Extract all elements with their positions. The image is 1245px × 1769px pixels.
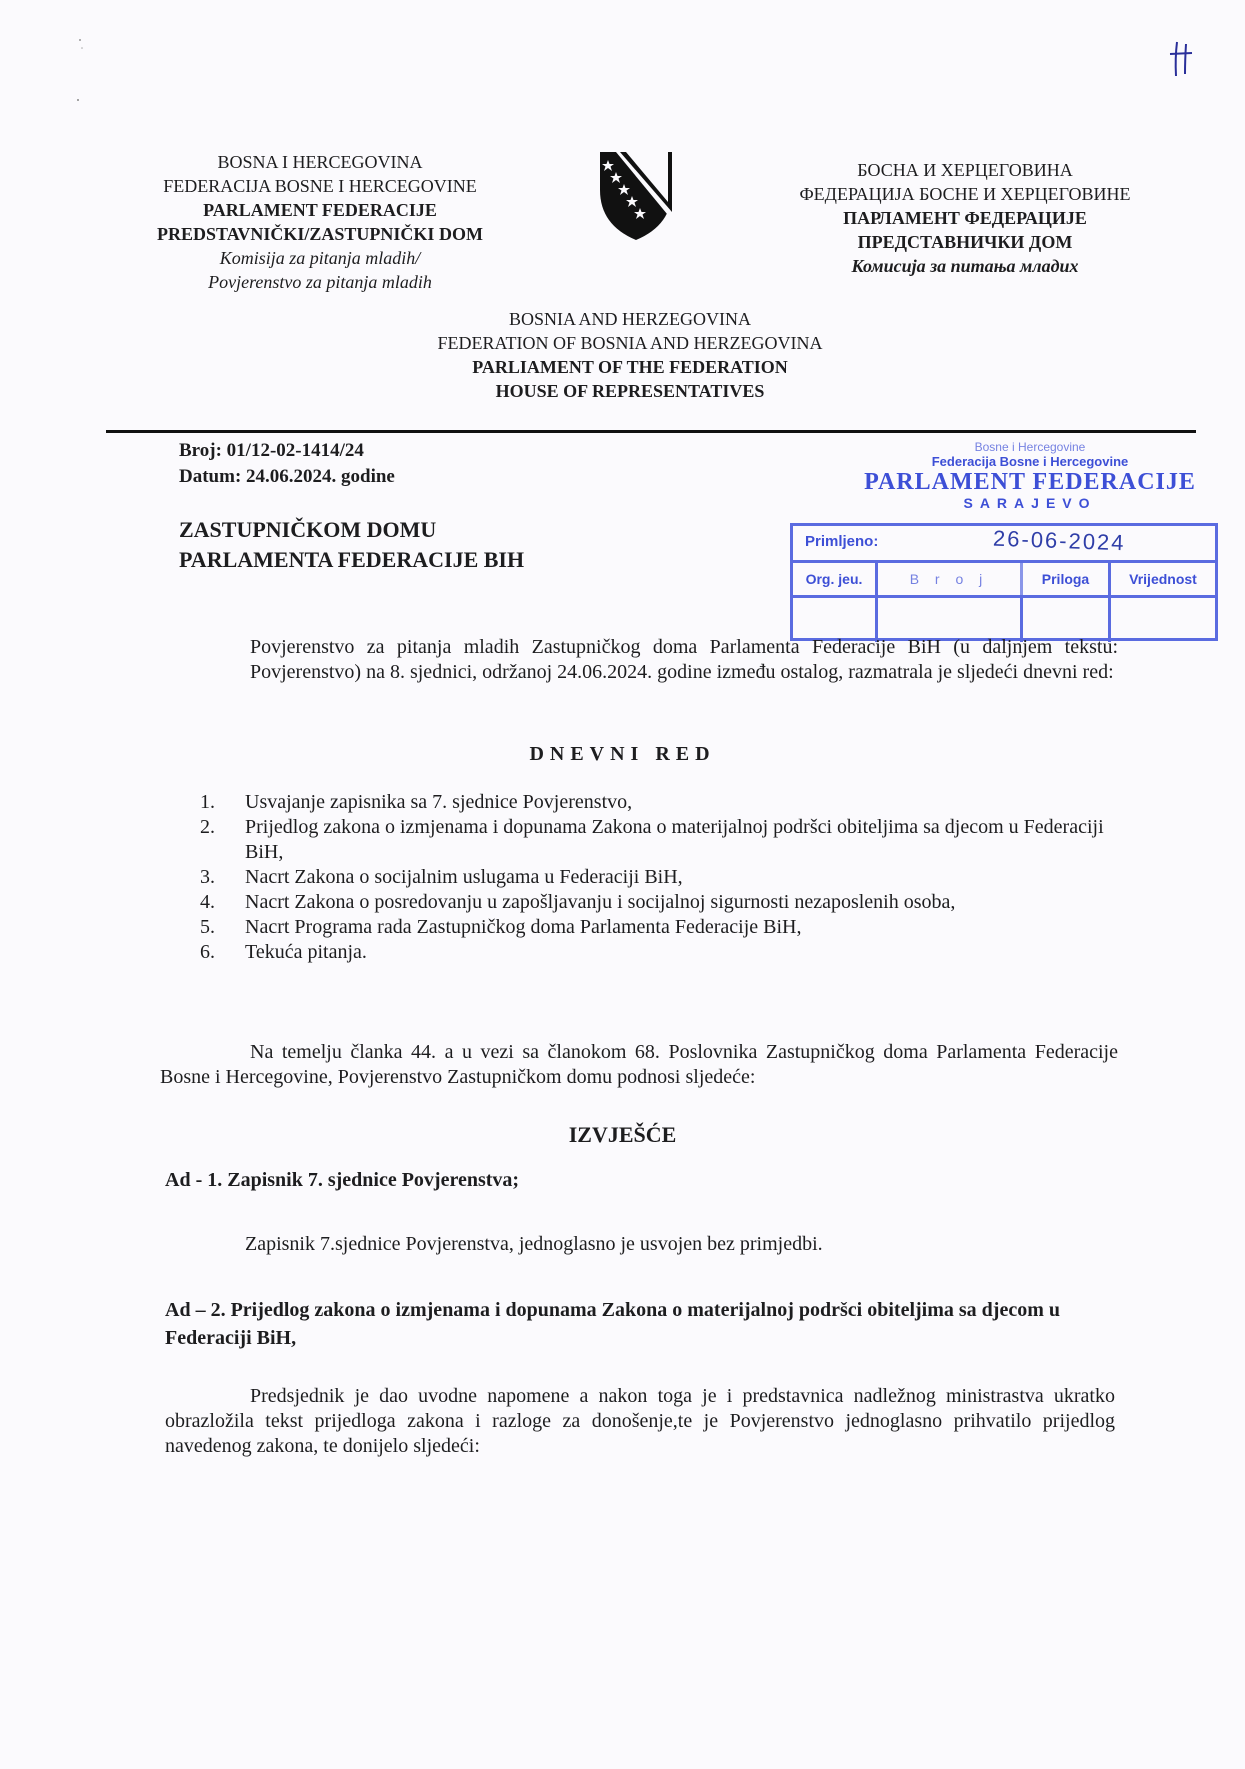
stamp-col-value: Vrijednost: [1111, 563, 1215, 595]
stamp-line-2: Federacija Bosne i Hercegovine: [860, 454, 1200, 469]
stamp-col-attachments: Priloga: [1023, 563, 1111, 595]
coat-of-arms-icon: [596, 150, 676, 242]
header-left-commission: Komisija za pitanja mladih/: [120, 246, 520, 270]
document-date: Datum: 24.06.2024. godine: [179, 464, 395, 490]
agenda-item-number: 5.: [200, 915, 245, 940]
header-divider: [106, 430, 1196, 433]
document-reference: Broj: 01/12-02-1414/24 Datum: 24.06.2024…: [179, 438, 395, 490]
header-left-parliament: PARLAMENT FEDERACIJE: [120, 198, 520, 222]
agenda-item-text: Prijedlog zakona o izmjenama i dopunama …: [245, 815, 1130, 865]
header-bosnian-latin: BOSNA I HERCEGOVINA FEDERACIJA BOSNE I H…: [120, 150, 520, 294]
stamp-cell-value: [1111, 598, 1215, 642]
intro-text: Povjerenstvo za pitanja mladih Zastupnič…: [160, 635, 1118, 685]
agenda-item-text: Tekuća pitanja.: [245, 940, 1130, 965]
report-section-2-body: Predsjednik je dao uvodne napomene a nak…: [165, 1384, 1115, 1459]
agenda-item: 4. Nacrt Zakona o posredovanju u zapošlj…: [200, 890, 1130, 915]
agenda-item: 5. Nacrt Programa rada Zastupničkog doma…: [200, 915, 1130, 940]
agenda-item: 3. Nacrt Zakona o socijalnim uslugama u …: [200, 865, 1130, 890]
legal-basis-text: Na temelju članka 44. a u vezi sa članok…: [160, 1040, 1118, 1090]
header-right-country: БОСНА И ХЕРЦЕГОВИНА: [765, 158, 1165, 182]
stamp-line-1: Bosne i Hercegovine: [860, 440, 1200, 454]
document-number: Broj: 01/12-02-1414/24: [179, 438, 395, 464]
agenda-item-number: 3.: [200, 865, 245, 890]
report-section-1-body: Zapisnik 7.sjednice Povjerenstva, jednog…: [245, 1232, 1145, 1257]
stamp-city: SARAJEVO: [860, 495, 1200, 511]
agenda-list: 1. Usvajanje zapisnika sa 7. sjednice Po…: [200, 790, 1130, 965]
agenda-item-text: Nacrt Programa rada Zastupničkog doma Pa…: [245, 915, 1130, 940]
header-serbian-cyrillic: БОСНА И ХЕРЦЕГОВИНА ФЕДЕРАЦИЈА БОСНЕ И Х…: [765, 158, 1165, 278]
scan-speck-marks: [70, 30, 90, 110]
header-en-country: BOSNIA AND HERZEGOVINA: [360, 307, 900, 331]
header-left-federation: FEDERACIJA BOSNE I HERCEGOVINE: [120, 174, 520, 198]
report-section-1-heading: Ad - 1. Zapisnik 7. sjednice Povjerenstv…: [165, 1166, 1115, 1194]
stamp-line-3: PARLAMENT FEDERACIJE: [860, 469, 1200, 495]
recipient-line-1: ZASTUPNIČKOM DOMU: [179, 515, 524, 545]
agenda-item-text: Usvajanje zapisnika sa 7. sjednice Povje…: [245, 790, 1130, 815]
agenda-item-text: Nacrt Zakona o posredovanju u zapošljava…: [245, 890, 1130, 915]
report-section-2-heading: Ad – 2. Prijedlog zakona o izmjenama i d…: [165, 1296, 1120, 1352]
stamp-col-number: B r o j: [878, 563, 1023, 595]
report-title: IZVJEŠĆE: [0, 1122, 1245, 1148]
agenda-item-number: 4.: [200, 890, 245, 915]
receipt-stamp-header: Bosne i Hercegovine Federacija Bosne i H…: [860, 440, 1200, 511]
agenda-item-number: 6.: [200, 940, 245, 965]
header-left-country: BOSNA I HERCEGOVINA: [120, 150, 520, 174]
stamp-received-label: Primljeno:: [805, 533, 878, 550]
legal-basis-paragraph: Na temelju članka 44. a u vezi sa članok…: [160, 1040, 1118, 1090]
report-section-2-text: Predsjednik je dao uvodne napomene a nak…: [165, 1384, 1115, 1459]
header-en-parliament: PARLIAMENT OF THE FEDERATION: [360, 355, 900, 379]
agenda-item-text: Nacrt Zakona o socijalnim uslugama u Fed…: [245, 865, 1130, 890]
recipient-block: ZASTUPNIČKOM DOMU PARLAMENTA FEDERACIJE …: [179, 515, 524, 575]
agenda-item-number: 1.: [200, 790, 245, 815]
agenda-title: DNEVNI RED: [0, 743, 1245, 766]
header-english: BOSNIA AND HERZEGOVINA FEDERATION OF BOS…: [360, 307, 900, 403]
header-right-parliament: ПАРЛАМЕНТ ФЕДЕРАЦИЈЕ: [765, 206, 1165, 230]
stamp-col-org: Org. jeu.: [793, 563, 878, 595]
receipt-stamp-table: Primljeno: 26-06-2024 Org. jeu. B r o j …: [790, 523, 1218, 641]
agenda-item-number: 2.: [200, 815, 245, 865]
header-right-commission: Комисија за питања младих: [765, 254, 1165, 278]
stamp-received-date: 26-06-2024: [993, 526, 1126, 557]
recipient-line-2: PARLAMENTA FEDERACIJE BIH: [179, 545, 524, 575]
agenda-item: 6. Tekuća pitanja.: [200, 940, 1130, 965]
header-right-house: ПРЕДСТАВНИЧКИ ДОМ: [765, 230, 1165, 254]
agenda-item: 2. Prijedlog zakona o izmjenama i dopuna…: [200, 815, 1130, 865]
handwritten-mark-icon: [1168, 38, 1194, 80]
header-en-federation: FEDERATION OF BOSNIA AND HERZEGOVINA: [360, 331, 900, 355]
header-left-house: PREDSTAVNIČKI/ZASTUPNIČKI DOM: [120, 222, 520, 246]
header-en-house: HOUSE OF REPRESENTATIVES: [360, 379, 900, 403]
agenda-item: 1. Usvajanje zapisnika sa 7. sjednice Po…: [200, 790, 1130, 815]
intro-paragraph: Povjerenstvo za pitanja mladih Zastupnič…: [160, 635, 1118, 685]
header-right-federation: ФЕДЕРАЦИЈА БОСНЕ И ХЕРЦЕГОВИНЕ: [765, 182, 1165, 206]
header-left-committee: Povjerenstvo za pitanja mladih: [120, 270, 520, 294]
